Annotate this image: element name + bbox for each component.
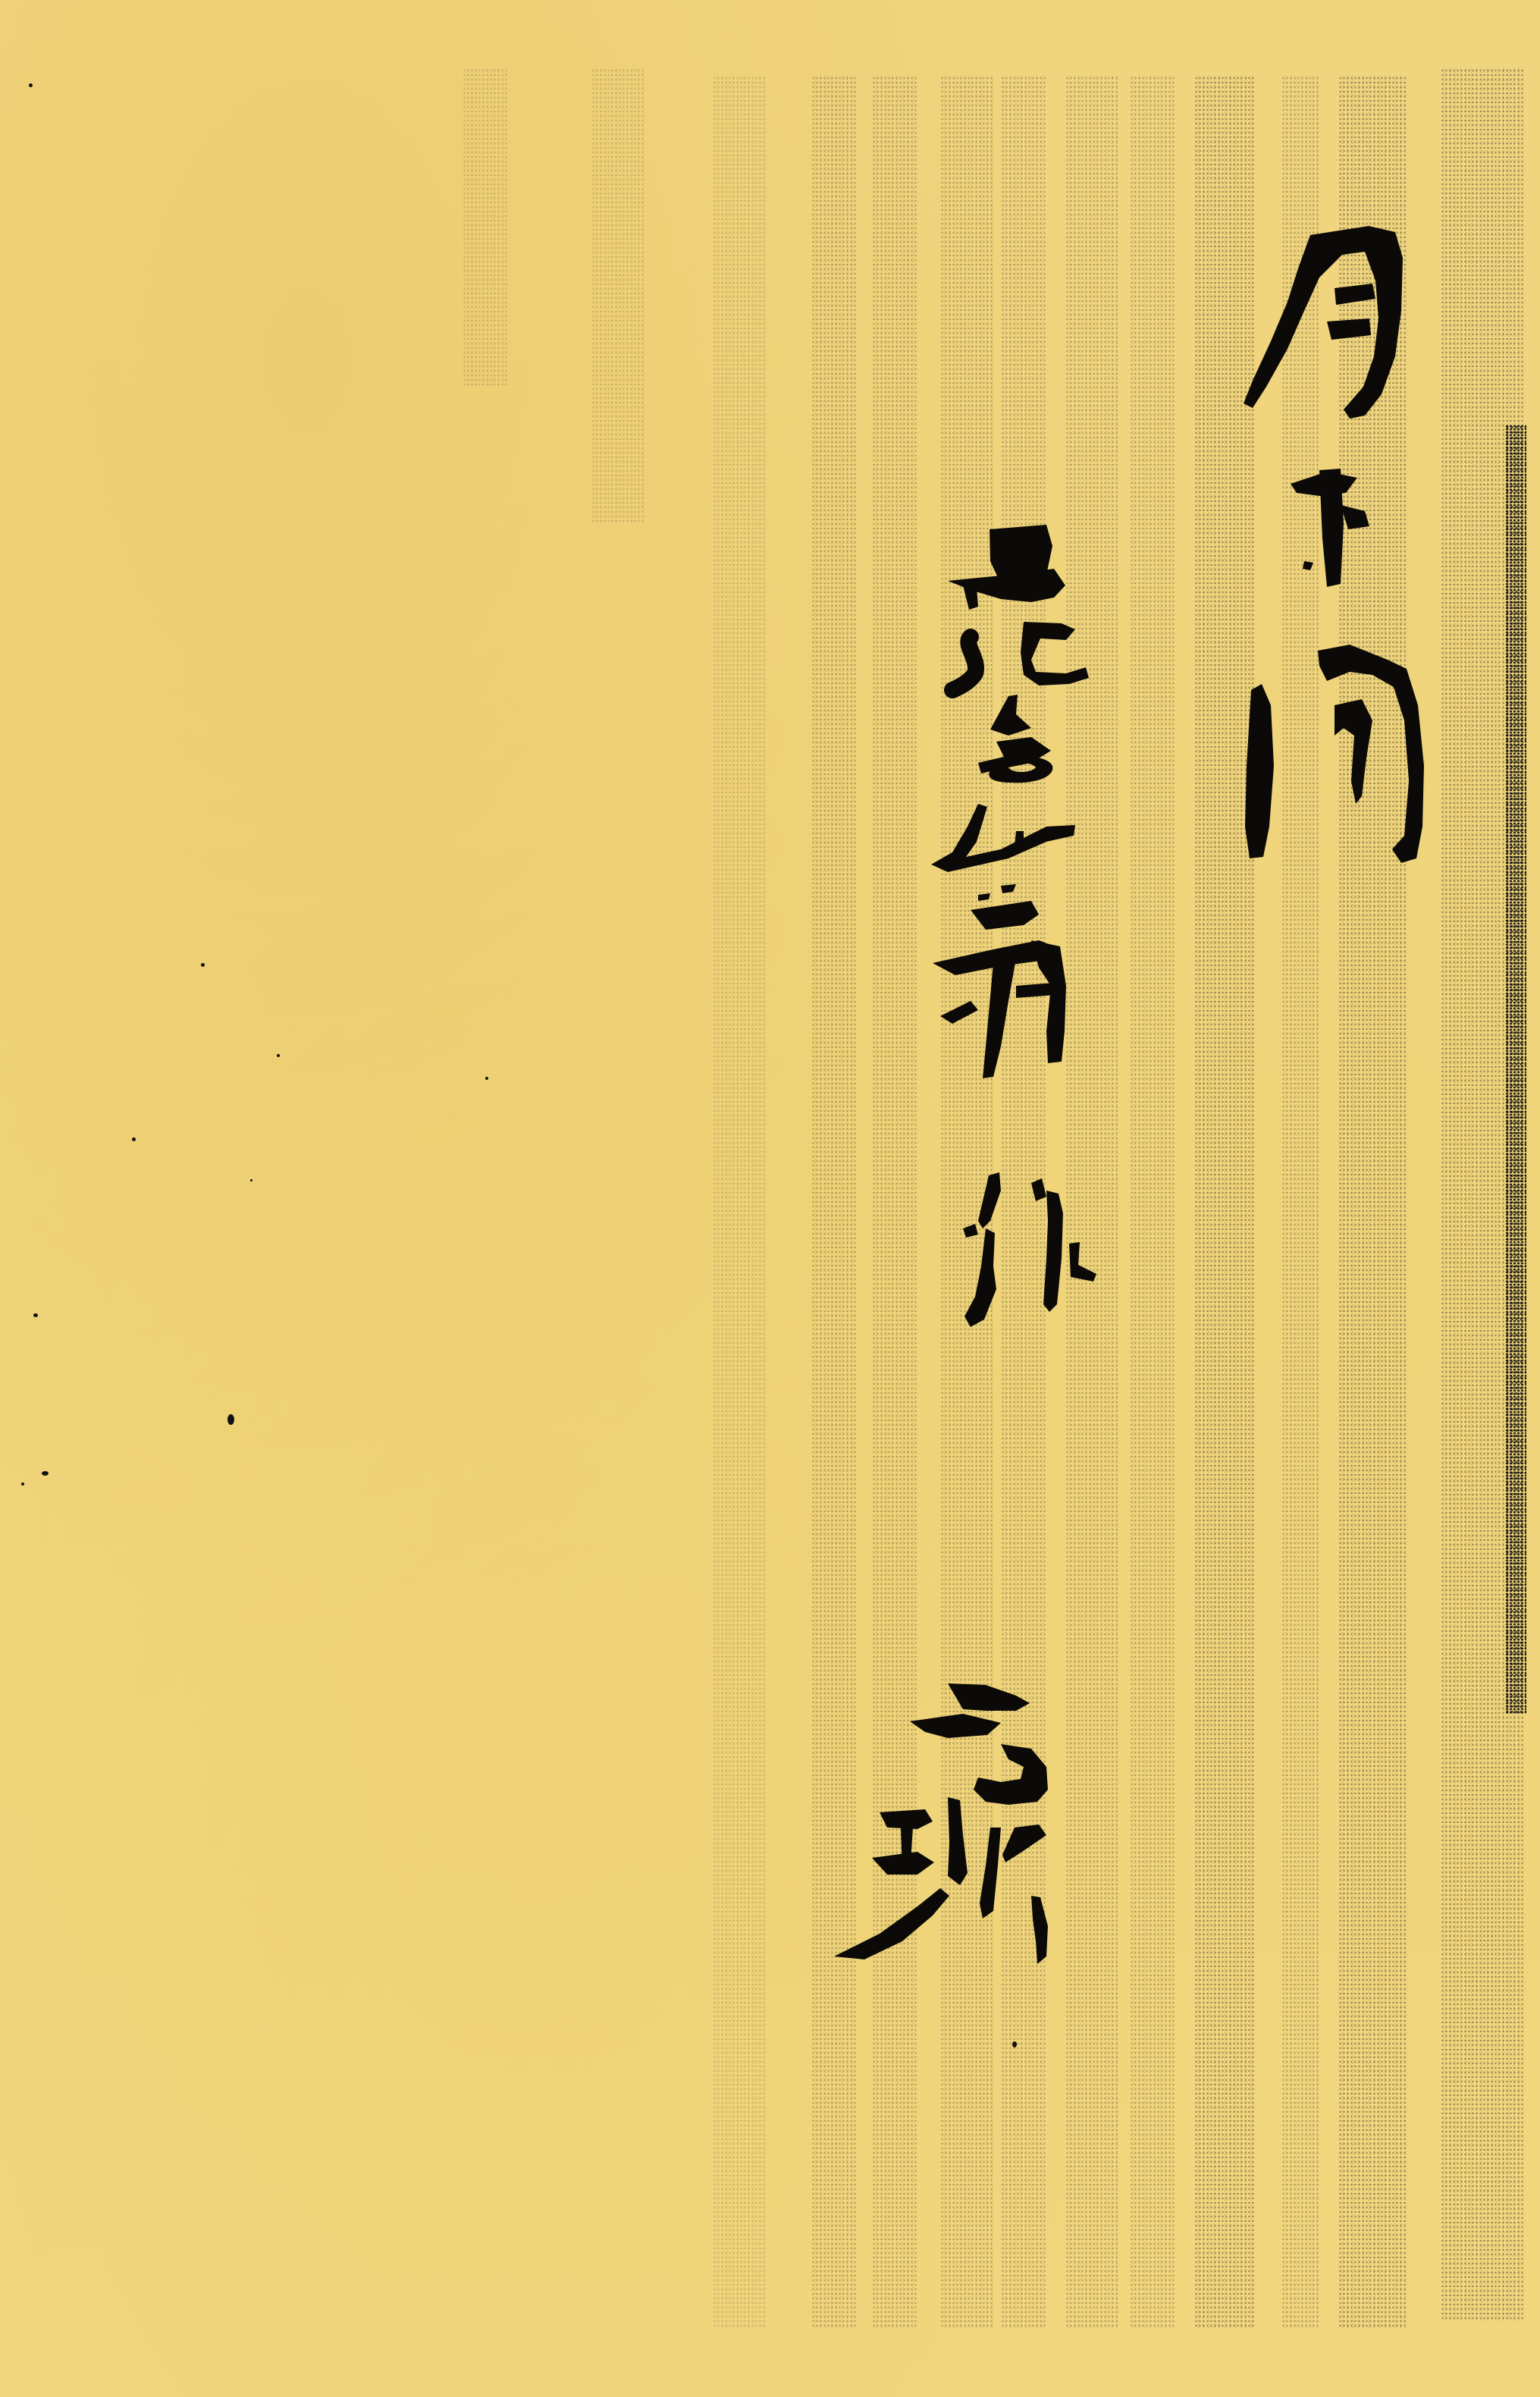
paper-speck — [277, 1054, 280, 1057]
paper-speck — [33, 1313, 38, 1317]
attribution-calligraphy — [917, 516, 1130, 1448]
paper-speck — [29, 83, 33, 87]
paper-speck — [485, 1077, 488, 1080]
stipple-band — [872, 76, 917, 2328]
manuscript-page: 月下門 昆化多山有作 — [0, 0, 1540, 2397]
signature-calligraphy — [811, 1653, 1084, 1972]
paper-speck — [1012, 2041, 1017, 2047]
stipple-band — [1130, 76, 1175, 2328]
stipple-band — [713, 76, 766, 2328]
stipple-band — [591, 68, 645, 523]
stipple-band — [463, 68, 508, 387]
paper-speck — [132, 1137, 136, 1141]
paper-speck — [227, 1414, 234, 1425]
title-column: 月下門 — [1213, 205, 1456, 872]
paper-speck — [201, 963, 205, 967]
paper-speck — [42, 1471, 49, 1476]
paper-speck — [21, 1482, 24, 1486]
paper-speck — [250, 1179, 252, 1181]
signature: 琉 — [811, 1653, 1084, 1972]
attribution-column: 昆化多山有作 — [917, 516, 1130, 1448]
stipple-band — [811, 76, 857, 2328]
scan-edge-shadow — [1505, 425, 1526, 1714]
title-calligraphy — [1213, 205, 1456, 872]
